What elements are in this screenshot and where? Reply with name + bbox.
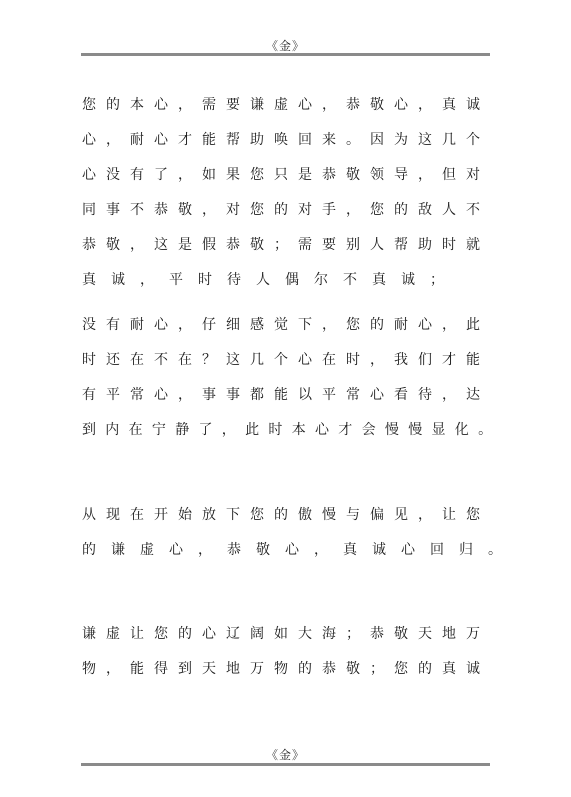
text-line: 物，能得到天地万物的恭敬；您的真诚 xyxy=(82,652,512,687)
header-title: 《金》 xyxy=(81,39,490,53)
text-line: 有平常心，事事都能以平常心看待，达 xyxy=(82,378,512,413)
text-line: 从现在开始放下您的傲慢与偏见，让您 xyxy=(82,498,512,533)
paragraph-3: 从现在开始放下您的傲慢与偏见，让您 的谦虚心，恭敬心，真诚心回归。 xyxy=(82,498,512,568)
paragraph-4: 谦虚让您的心辽阔如大海；恭敬天地万 物，能得到天地万物的恭敬；您的真诚 xyxy=(82,617,512,687)
text-line: 到内在宁静了，此时本心才会慢慢显化。 xyxy=(82,413,512,448)
text-line: 心没有了，如果您只是恭敬领导，但对 xyxy=(82,158,512,193)
text-line: 没有耐心，仔细感觉下，您的耐心，此 xyxy=(82,308,512,343)
footer-rule xyxy=(81,763,490,766)
text-line: 您的本心，需要谦虚心，恭敬心，真诚 xyxy=(82,88,512,123)
text-line: 真诚，平时待人偶尔不真诚； xyxy=(82,263,512,298)
text-line: 的谦虚心，恭敬心，真诚心回归。 xyxy=(82,533,512,568)
text-line: 时还在不在？这几个心在时，我们才能 xyxy=(82,343,512,378)
text-line: 恭敬，这是假恭敬；需要别人帮助时就 xyxy=(82,228,512,263)
paragraph-1: 您的本心，需要谦虚心，恭敬心，真诚 心，耐心才能帮助唤回来。因为这几个 心没有了… xyxy=(82,88,512,298)
text-line: 同事不恭敬，对您的对手，您的敌人不 xyxy=(82,193,512,228)
document-page: 《金》 您的本心，需要谦虚心，恭敬心，真诚 心，耐心才能帮助唤回来。因为这几个 … xyxy=(0,0,571,797)
footer-title: 《金》 xyxy=(81,748,490,762)
header-rule xyxy=(81,53,490,56)
text-line: 谦虚让您的心辽阔如大海；恭敬天地万 xyxy=(82,617,512,652)
paragraph-2: 没有耐心，仔细感觉下，您的耐心，此 时还在不在？这几个心在时，我们才能 有平常心… xyxy=(82,308,512,448)
text-line: 心，耐心才能帮助唤回来。因为这几个 xyxy=(82,123,512,158)
